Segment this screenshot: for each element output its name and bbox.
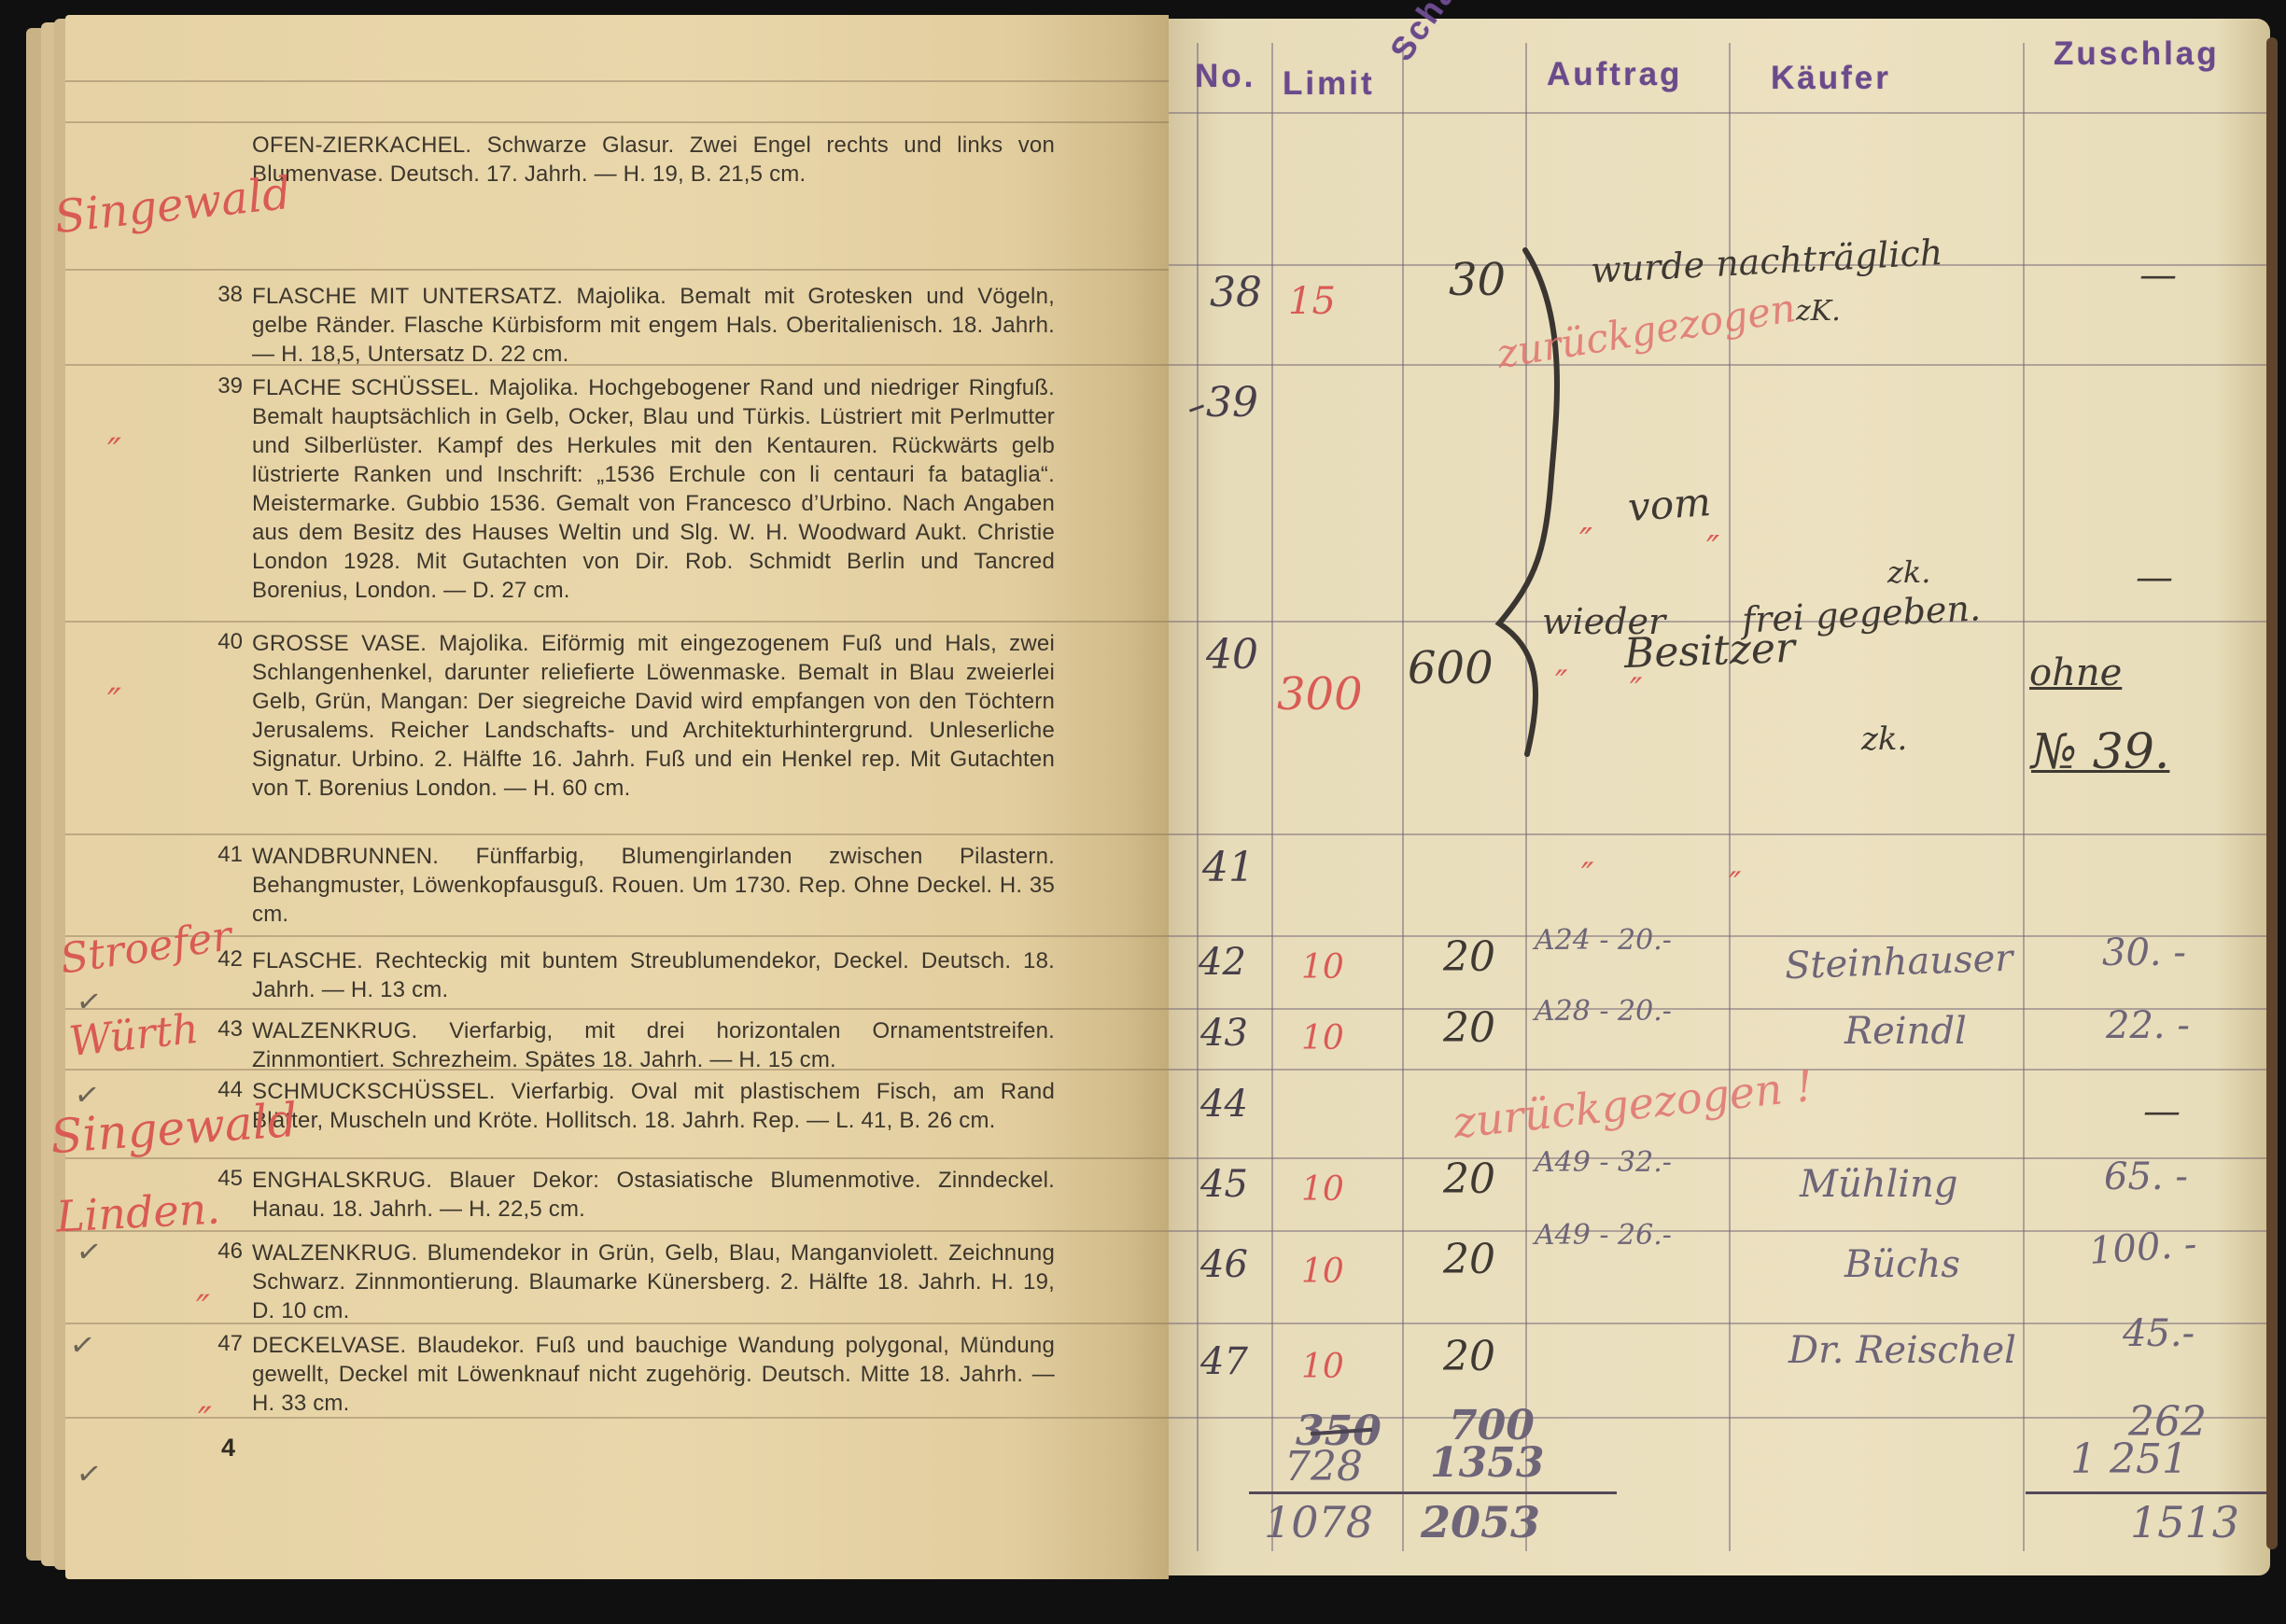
row40-limit: 300 — [1277, 668, 1363, 721]
column-line — [1271, 43, 1273, 1551]
catalog-entry-number: 38 — [202, 282, 243, 308]
totals-sum-line — [2026, 1491, 2268, 1494]
row46-limit: 10 — [1301, 1253, 1344, 1291]
column-line — [2023, 43, 2025, 1551]
catalog-entry-text: WALZENKRUG. Blumendekor in Grün, Gelb, B… — [252, 1239, 1055, 1325]
row47-schaetz: 20 — [1443, 1333, 1495, 1380]
row41-auftrag-ditto: ″ — [1581, 857, 1593, 895]
row46-kaeufer: Büchs — [1844, 1243, 1960, 1286]
row45-kaeufer: Mühling — [1800, 1163, 1957, 1206]
row39-note: vom — [1626, 479, 1712, 530]
row42-auftrag: A24 - 20.- — [1535, 924, 1672, 957]
totals-schaetz-b: 1353 — [1430, 1439, 1544, 1487]
row39-ditto: ″ — [1579, 521, 1592, 562]
rule-line — [65, 1157, 1169, 1159]
rule-line — [65, 269, 1169, 271]
rule-line — [65, 833, 1169, 835]
row40-no: 40 — [1206, 631, 1258, 679]
row47-kaeufer: Dr. Reischel — [1788, 1329, 2016, 1372]
catalog-entry-text: ENGHALSKRUG. Blauer Dekor: Ostasiatische… — [252, 1166, 1055, 1224]
rule-line — [1169, 621, 2270, 623]
row46-no: 46 — [1200, 1243, 1248, 1286]
row42-schaetz: 20 — [1443, 933, 1495, 981]
row40-ditto: ″ — [1555, 665, 1567, 703]
row40-initials: zk. — [1861, 721, 1907, 758]
header-no: No. — [1195, 58, 1255, 95]
margin-checkmark: ✓ — [74, 1232, 104, 1270]
row41-no: 41 — [1202, 844, 1255, 891]
catalog-entry-text: FLACHE SCHÜSSEL. Majolika. Hochgebogener… — [252, 373, 1055, 605]
row43-zuschlag: 22. - — [2106, 1004, 2190, 1047]
margin-ditto-row39: ″ — [107, 431, 121, 474]
totals-limit-b: 728 — [1284, 1443, 1363, 1491]
catalog-entry-text: FLASCHE. Rechteckig mit buntem Streublum… — [252, 946, 1055, 1004]
margin-ditto-row40: ″ — [107, 681, 121, 724]
catalog-page: OFEN-ZIERKACHEL. Schwarze Glasur. Zwei E… — [65, 15, 1169, 1579]
header-auftrag: Auftrag — [1547, 56, 1682, 93]
rule-line — [65, 621, 1169, 623]
rule-line — [65, 121, 1169, 123]
header-schaetz: Schätz — [1383, 0, 1484, 68]
row45-no: 45 — [1200, 1163, 1248, 1206]
book-spread-scan: OFEN-ZIERKACHEL. Schwarze Glasur. Zwei E… — [0, 0, 2286, 1624]
row38-limit: 15 — [1288, 280, 1336, 323]
row43-limit: 10 — [1301, 1019, 1344, 1057]
row40-zuschlag-no39: № 39. — [2031, 724, 2169, 780]
row40-zuschlag-ohne: ohne — [2029, 651, 2122, 694]
row40-note-wieder: wieder — [1542, 601, 1665, 642]
margin-checkmark: ✓ — [67, 1325, 97, 1364]
rule-line — [65, 80, 1169, 82]
row39-ditto2: ″ — [1706, 528, 1719, 569]
ledger-page: No. Limit Schätz Auftrag Käufer Zuschlag… — [1169, 19, 2270, 1575]
rule-line — [1169, 1323, 2270, 1324]
catalog-entry-text: FLASCHE MIT UNTERSATZ. Majolika. Bemalt … — [252, 282, 1055, 369]
header-zuschlag: Zuschlag — [2054, 35, 2220, 73]
catalog-entry-text: WANDBRUNNEN. Fünffarbig, Blumengirlanden… — [252, 842, 1055, 929]
header-underline — [1169, 112, 2270, 114]
row39-initials: zk. — [1887, 554, 1930, 590]
row42-no: 42 — [1199, 941, 1246, 984]
catalog-entry-text: SCHMUCKSCHÜSSEL. Vierfarbig. Oval mit pl… — [252, 1077, 1055, 1135]
row45-schaetz: 20 — [1443, 1155, 1495, 1203]
row46-zuschlag: 100. - — [2088, 1223, 2198, 1273]
margin-ditto-row46: ″ — [196, 1288, 210, 1331]
rule-line — [1169, 364, 2270, 366]
row38-zuschlag: — — [2139, 254, 2177, 297]
row38-initials: zK. — [1796, 295, 1841, 328]
row42-limit: 10 — [1301, 948, 1344, 987]
totals-schaetz-sum: 2053 — [1421, 1497, 1540, 1547]
row45-limit: 10 — [1301, 1170, 1344, 1209]
totals-sum-line — [1413, 1491, 1617, 1494]
rule-line — [65, 1008, 1169, 1010]
totals-zuschlag-sum: 1513 — [2130, 1497, 2239, 1547]
page-number: 4 — [221, 1434, 235, 1463]
row39-zuschlag: — — [2136, 556, 2173, 599]
row44-zuschlag: — — [2143, 1090, 2181, 1133]
row38-note: wurde nachträglich — [1590, 231, 1943, 291]
row47-no: 47 — [1200, 1340, 1248, 1383]
row42-kaeufer: Steinhauser — [1784, 937, 2013, 988]
rule-line — [1169, 833, 2270, 835]
row43-kaeufer: Reindl — [1844, 1010, 1967, 1053]
row45-auftrag: A49 - 32.- — [1535, 1146, 1672, 1179]
row43-no: 43 — [1200, 1012, 1248, 1055]
margin-note-row42: Stroefer — [57, 912, 234, 983]
catalog-entry-text: GROSSE VASE. Majolika. Eiförmig mit eing… — [252, 629, 1055, 803]
row47-limit: 10 — [1301, 1348, 1344, 1386]
row41-kaeufer-ditto: ″ — [1729, 866, 1741, 904]
totals-zuschlag-b: 1 251 — [2070, 1435, 2188, 1483]
row46-auftrag: A49 - 26.- — [1535, 1219, 1672, 1252]
rule-line — [65, 1230, 1169, 1232]
row38-schaetz: 30 — [1449, 254, 1506, 306]
margin-ditto-row47: ″ — [198, 1400, 212, 1443]
row45-zuschlag: 65. - — [2104, 1155, 2188, 1198]
catalog-entry-number: 43 — [202, 1016, 243, 1043]
column-line — [1402, 43, 1404, 1551]
row46-schaetz: 20 — [1443, 1236, 1495, 1283]
column-line — [1197, 43, 1199, 1551]
catalog-entry-number: 41 — [202, 842, 243, 868]
catalog-entry-text: DECKELVASE. Blaudekor. Fuß und bauchige … — [252, 1331, 1055, 1418]
catalog-entry-text: WALZENKRUG. Vierfarbig, mit drei horizon… — [252, 1016, 1055, 1074]
catalog-entry-number: 47 — [202, 1331, 243, 1357]
row39-no: 39 — [1206, 379, 1258, 427]
book-spine-edge — [2266, 37, 2278, 1549]
header-kaeufer: Käufer — [1771, 60, 1891, 97]
row43-schaetz: 20 — [1443, 1004, 1495, 1052]
catalog-entry-number: 40 — [202, 629, 243, 655]
catalog-entry-number: 46 — [202, 1239, 243, 1265]
row40-note-freigegeben: frei gegeben. — [1741, 587, 1982, 640]
header-limit: Limit — [1283, 65, 1375, 103]
row40-schaetz: 600 — [1408, 642, 1494, 694]
totals-limit-sum: 1078 — [1264, 1497, 1373, 1547]
row42-zuschlag: 30. - — [2102, 931, 2186, 974]
rule-line — [1169, 1008, 2270, 1010]
row47-zuschlag: 45.- — [2123, 1312, 2195, 1355]
margin-checkmark: ✓ — [74, 1454, 104, 1492]
row44-withdrawn-note: zurückgezogen ! — [1451, 1060, 1816, 1148]
margin-note-row38: Singewald — [52, 167, 294, 244]
row40-ditto2: ″ — [1630, 672, 1642, 710]
row43-auftrag: A28 - 20.- — [1535, 995, 1672, 1028]
catalog-entry-text: OFEN-ZIERKACHEL. Schwarze Glasur. Zwei E… — [252, 131, 1055, 189]
row38-no: 38 — [1210, 269, 1262, 316]
row44-no: 44 — [1200, 1083, 1248, 1126]
catalog-entry-number: 39 — [202, 373, 243, 399]
